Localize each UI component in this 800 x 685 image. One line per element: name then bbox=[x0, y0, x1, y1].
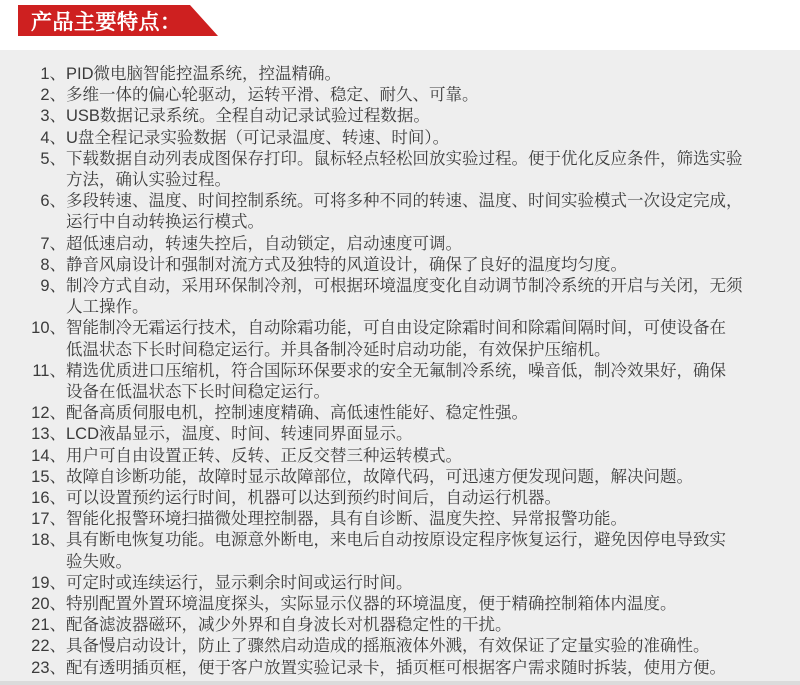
feature-number: 20、 bbox=[26, 594, 66, 615]
feature-line: 验失败。 bbox=[66, 552, 726, 573]
feature-text: 超低速启动，转速失控后，自动锁定，启动速度可调。 bbox=[66, 234, 462, 255]
feature-item: 16、可以设置预约运行时间，机器可以达到预约时间后，自动运行机器。 bbox=[26, 488, 740, 509]
feature-item: 2、多维一体的偏心轮驱动，运转平滑、稳定、耐久、可靠。 bbox=[26, 85, 740, 106]
feature-line: 配有透明插页框，便于客户放置实验记录卡，插页框可根据客户需求随时拆装，使用方便。 bbox=[66, 658, 726, 679]
feature-line: 精选优质进口压缩机，符合国际环保要求的安全无氟制冷系统，噪音低，制冷效果好，确保 bbox=[66, 361, 726, 382]
feature-text: USB数据记录系统。全程自动记录试验过程数据。 bbox=[66, 106, 430, 127]
feature-text: 配备滤波器磁环，减少外界和自身波长对机器稳定性的干扰。 bbox=[66, 615, 512, 636]
feature-number: 9、 bbox=[26, 276, 66, 318]
feature-item: 12、配备高质伺服电机，控制速度精确、高低速性能好、稳定性强。 bbox=[26, 403, 740, 424]
feature-line: 用户可自由设置正转、反转、正反交替三种运转模式。 bbox=[66, 446, 462, 467]
feature-number: 23、 bbox=[26, 658, 66, 679]
feature-item: 22、具备慢启动设计，防止了骤然启动造成的摇瓶液体外溅，有效保证了定量实验的准确… bbox=[26, 636, 740, 657]
feature-item: 9、制冷方式自动，采用环保制冷剂，可根据环境温度变化自动调节制冷系统的开启与关闭… bbox=[26, 276, 740, 318]
feature-line: 配备滤波器磁环，减少外界和自身波长对机器稳定性的干扰。 bbox=[66, 615, 512, 636]
feature-line: 运行中自动转换运行模式。 bbox=[66, 212, 740, 233]
feature-number: 18、 bbox=[26, 530, 66, 572]
feature-item: 21、配备滤波器磁环，减少外界和自身波长对机器稳定性的干扰。 bbox=[26, 615, 740, 636]
feature-text: 可定时或连续运行，显示剩余时间或运行时间。 bbox=[66, 573, 413, 594]
feature-line: 配备高质伺服电机，控制速度精确、高低速性能好、稳定性强。 bbox=[66, 403, 528, 424]
feature-text: 可以设置预约运行时间，机器可以达到预约时间后，自动运行机器。 bbox=[66, 488, 561, 509]
feature-number: 10、 bbox=[26, 318, 66, 360]
feature-line: 多段转速、温度、时间控制系统。可将多种不同的转速、温度、时间实验模式一次设定完成… bbox=[66, 191, 740, 212]
feature-line: 智能制冷无霜运行技术，自动除霜功能，可自由设定除霜时间和除霜间隔时间，可使设备在 bbox=[66, 318, 726, 339]
feature-text: PID微电脑智能控温系统，控温精确。 bbox=[66, 64, 341, 85]
feature-item: 11、精选优质进口压缩机，符合国际环保要求的安全无氟制冷系统，噪音低，制冷效果好… bbox=[26, 361, 740, 403]
feature-item: 8、静音风扇设计和强制对流方式及独特的风道设计，确保了良好的温度均匀度。 bbox=[26, 255, 740, 276]
feature-item: 20、特别配置外置环境温度探头，实际显示仪器的环境温度，便于精确控制箱体内温度。 bbox=[26, 594, 740, 615]
feature-text: 多维一体的偏心轮驱动，运转平滑、稳定、耐久、可靠。 bbox=[66, 85, 479, 106]
feature-item: 14、用户可自由设置正转、反转、正反交替三种运转模式。 bbox=[26, 446, 740, 467]
feature-item: 6、多段转速、温度、时间控制系统。可将多种不同的转速、温度、时间实验模式一次设定… bbox=[26, 191, 740, 233]
feature-line: 可定时或连续运行，显示剩余时间或运行时间。 bbox=[66, 573, 413, 594]
feature-number: 2、 bbox=[26, 85, 66, 106]
feature-item: 4、U盘全程记录实验数据（可记录温度、转速、时间）。 bbox=[26, 128, 740, 149]
feature-item: 3、USB数据记录系统。全程自动记录试验过程数据。 bbox=[26, 106, 740, 127]
feature-line: U盘全程记录实验数据（可记录温度、转速、时间）。 bbox=[66, 128, 449, 149]
feature-number: 15、 bbox=[26, 467, 66, 488]
feature-text: 特别配置外置环境温度探头，实际显示仪器的环境温度，便于精确控制箱体内温度。 bbox=[66, 594, 677, 615]
feature-number: 19、 bbox=[26, 573, 66, 594]
bottom-divider bbox=[0, 681, 800, 685]
feature-line: 可以设置预约运行时间，机器可以达到预约时间后，自动运行机器。 bbox=[66, 488, 561, 509]
feature-text: 用户可自由设置正转、反转、正反交替三种运转模式。 bbox=[66, 446, 462, 467]
feature-number: 21、 bbox=[26, 615, 66, 636]
feature-line: 智能化报警环境扫描微处理控制器，具有自诊断、温度失控、异常报警功能。 bbox=[66, 509, 627, 530]
feature-number: 13、 bbox=[26, 424, 66, 445]
feature-item: 23、配有透明插页框，便于客户放置实验记录卡，插页框可根据客户需求随时拆装，使用… bbox=[26, 658, 740, 679]
feature-number: 8、 bbox=[26, 255, 66, 276]
feature-line: 故障自诊断功能，故障时显示故障部位，故障代码，可迅速方便发现问题，解决问题。 bbox=[66, 467, 693, 488]
feature-number: 1、 bbox=[26, 64, 66, 85]
feature-line: PID微电脑智能控温系统，控温精确。 bbox=[66, 64, 341, 85]
feature-number: 5、 bbox=[26, 149, 66, 191]
feature-text: LCD液晶显示，温度、时间、转速同界面显示。 bbox=[66, 424, 413, 445]
feature-line: 特别配置外置环境温度探头，实际显示仪器的环境温度，便于精确控制箱体内温度。 bbox=[66, 594, 677, 615]
feature-item: 18、具有断电恢复功能。电源意外断电，来电后自动按原设定程序恢复运行，避免因停电… bbox=[26, 530, 740, 572]
feature-line: 方法，确认实验过程。 bbox=[66, 170, 740, 191]
feature-line: 人工操作。 bbox=[66, 297, 740, 318]
feature-text: 精选优质进口压缩机，符合国际环保要求的安全无氟制冷系统，噪音低，制冷效果好，确保… bbox=[66, 361, 726, 403]
feature-item: 10、智能制冷无霜运行技术，自动除霜功能，可自由设定除霜时间和除霜间隔时间，可使… bbox=[26, 318, 740, 360]
feature-text: 配有透明插页框，便于客户放置实验记录卡，插页框可根据客户需求随时拆装，使用方便。 bbox=[66, 658, 726, 679]
feature-line: 制冷方式自动，采用环保制冷剂，可根据环境温度变化自动调节制冷系统的开启与关闭，无… bbox=[66, 276, 740, 297]
section-header-banner: 产品主要特点： bbox=[18, 5, 218, 36]
feature-number: 6、 bbox=[26, 191, 66, 233]
feature-line: 设备在低温状态下长时间稳定运行。 bbox=[66, 382, 726, 403]
feature-number: 12、 bbox=[26, 403, 66, 424]
feature-text: 智能化报警环境扫描微处理控制器，具有自诊断、温度失控、异常报警功能。 bbox=[66, 509, 627, 530]
feature-line: LCD液晶显示，温度、时间、转速同界面显示。 bbox=[66, 424, 413, 445]
feature-text: 故障自诊断功能，故障时显示故障部位，故障代码，可迅速方便发现问题，解决问题。 bbox=[66, 467, 693, 488]
feature-number: 17、 bbox=[26, 509, 66, 530]
feature-number: 22、 bbox=[26, 636, 66, 657]
feature-number: 7、 bbox=[26, 234, 66, 255]
feature-number: 3、 bbox=[26, 106, 66, 127]
feature-number: 14、 bbox=[26, 446, 66, 467]
feature-item: 5、下载数据自动列表成图保存打印。鼠标轻点轻松回放实验过程。便于优化反应条件，筛… bbox=[26, 149, 740, 191]
feature-list: 1、PID微电脑智能控温系统，控温精确。2、多维一体的偏心轮驱动，运转平滑、稳定… bbox=[26, 64, 740, 679]
feature-line: 下载数据自动列表成图保存打印。鼠标轻点轻松回放实验过程。便于优化反应条件，筛选实… bbox=[66, 149, 740, 170]
feature-line: USB数据记录系统。全程自动记录试验过程数据。 bbox=[66, 106, 430, 127]
feature-item: 17、智能化报警环境扫描微处理控制器，具有自诊断、温度失控、异常报警功能。 bbox=[26, 509, 740, 530]
feature-number: 16、 bbox=[26, 488, 66, 509]
feature-number: 4、 bbox=[26, 128, 66, 149]
features-panel: 1、PID微电脑智能控温系统，控温精确。2、多维一体的偏心轮驱动，运转平滑、稳定… bbox=[0, 50, 800, 685]
section-title: 产品主要特点： bbox=[18, 6, 182, 36]
feature-text: 具备慢启动设计，防止了骤然启动造成的摇瓶液体外溅，有效保证了定量实验的准确性。 bbox=[66, 636, 710, 657]
feature-text: 静音风扇设计和强制对流方式及独特的风道设计，确保了良好的温度均匀度。 bbox=[66, 255, 627, 276]
feature-item: 19、可定时或连续运行，显示剩余时间或运行时间。 bbox=[26, 573, 740, 594]
feature-text: 配备高质伺服电机，控制速度精确、高低速性能好、稳定性强。 bbox=[66, 403, 528, 424]
feature-text: 制冷方式自动，采用环保制冷剂，可根据环境温度变化自动调节制冷系统的开启与关闭，无… bbox=[66, 276, 740, 318]
feature-number: 11、 bbox=[26, 361, 66, 403]
feature-text: 下载数据自动列表成图保存打印。鼠标轻点轻松回放实验过程。便于优化反应条件，筛选实… bbox=[66, 149, 740, 191]
feature-item: 1、PID微电脑智能控温系统，控温精确。 bbox=[26, 64, 740, 85]
feature-line: 低温状态下长时间稳定运行。并具备制冷延时启动功能，有效保护压缩机。 bbox=[66, 340, 726, 361]
feature-line: 多维一体的偏心轮驱动，运转平滑、稳定、耐久、可靠。 bbox=[66, 85, 479, 106]
feature-line: 超低速启动，转速失控后，自动锁定，启动速度可调。 bbox=[66, 234, 462, 255]
feature-line: 静音风扇设计和强制对流方式及独特的风道设计，确保了良好的温度均匀度。 bbox=[66, 255, 627, 276]
feature-line: 具有断电恢复功能。电源意外断电，来电后自动按原设定程序恢复运行，避免因停电导致实 bbox=[66, 530, 726, 551]
feature-text: U盘全程记录实验数据（可记录温度、转速、时间）。 bbox=[66, 128, 449, 149]
feature-text: 智能制冷无霜运行技术，自动除霜功能，可自由设定除霜时间和除霜间隔时间，可使设备在… bbox=[66, 318, 726, 360]
feature-text: 具有断电恢复功能。电源意外断电，来电后自动按原设定程序恢复运行，避免因停电导致实… bbox=[66, 530, 726, 572]
feature-item: 7、超低速启动，转速失控后，自动锁定，启动速度可调。 bbox=[26, 234, 740, 255]
feature-text: 多段转速、温度、时间控制系统。可将多种不同的转速、温度、时间实验模式一次设定完成… bbox=[66, 191, 740, 233]
feature-item: 13、LCD液晶显示，温度、时间、转速同界面显示。 bbox=[26, 424, 740, 445]
feature-item: 15、故障自诊断功能，故障时显示故障部位，故障代码，可迅速方便发现问题，解决问题… bbox=[26, 467, 740, 488]
feature-line: 具备慢启动设计，防止了骤然启动造成的摇瓶液体外溅，有效保证了定量实验的准确性。 bbox=[66, 636, 710, 657]
